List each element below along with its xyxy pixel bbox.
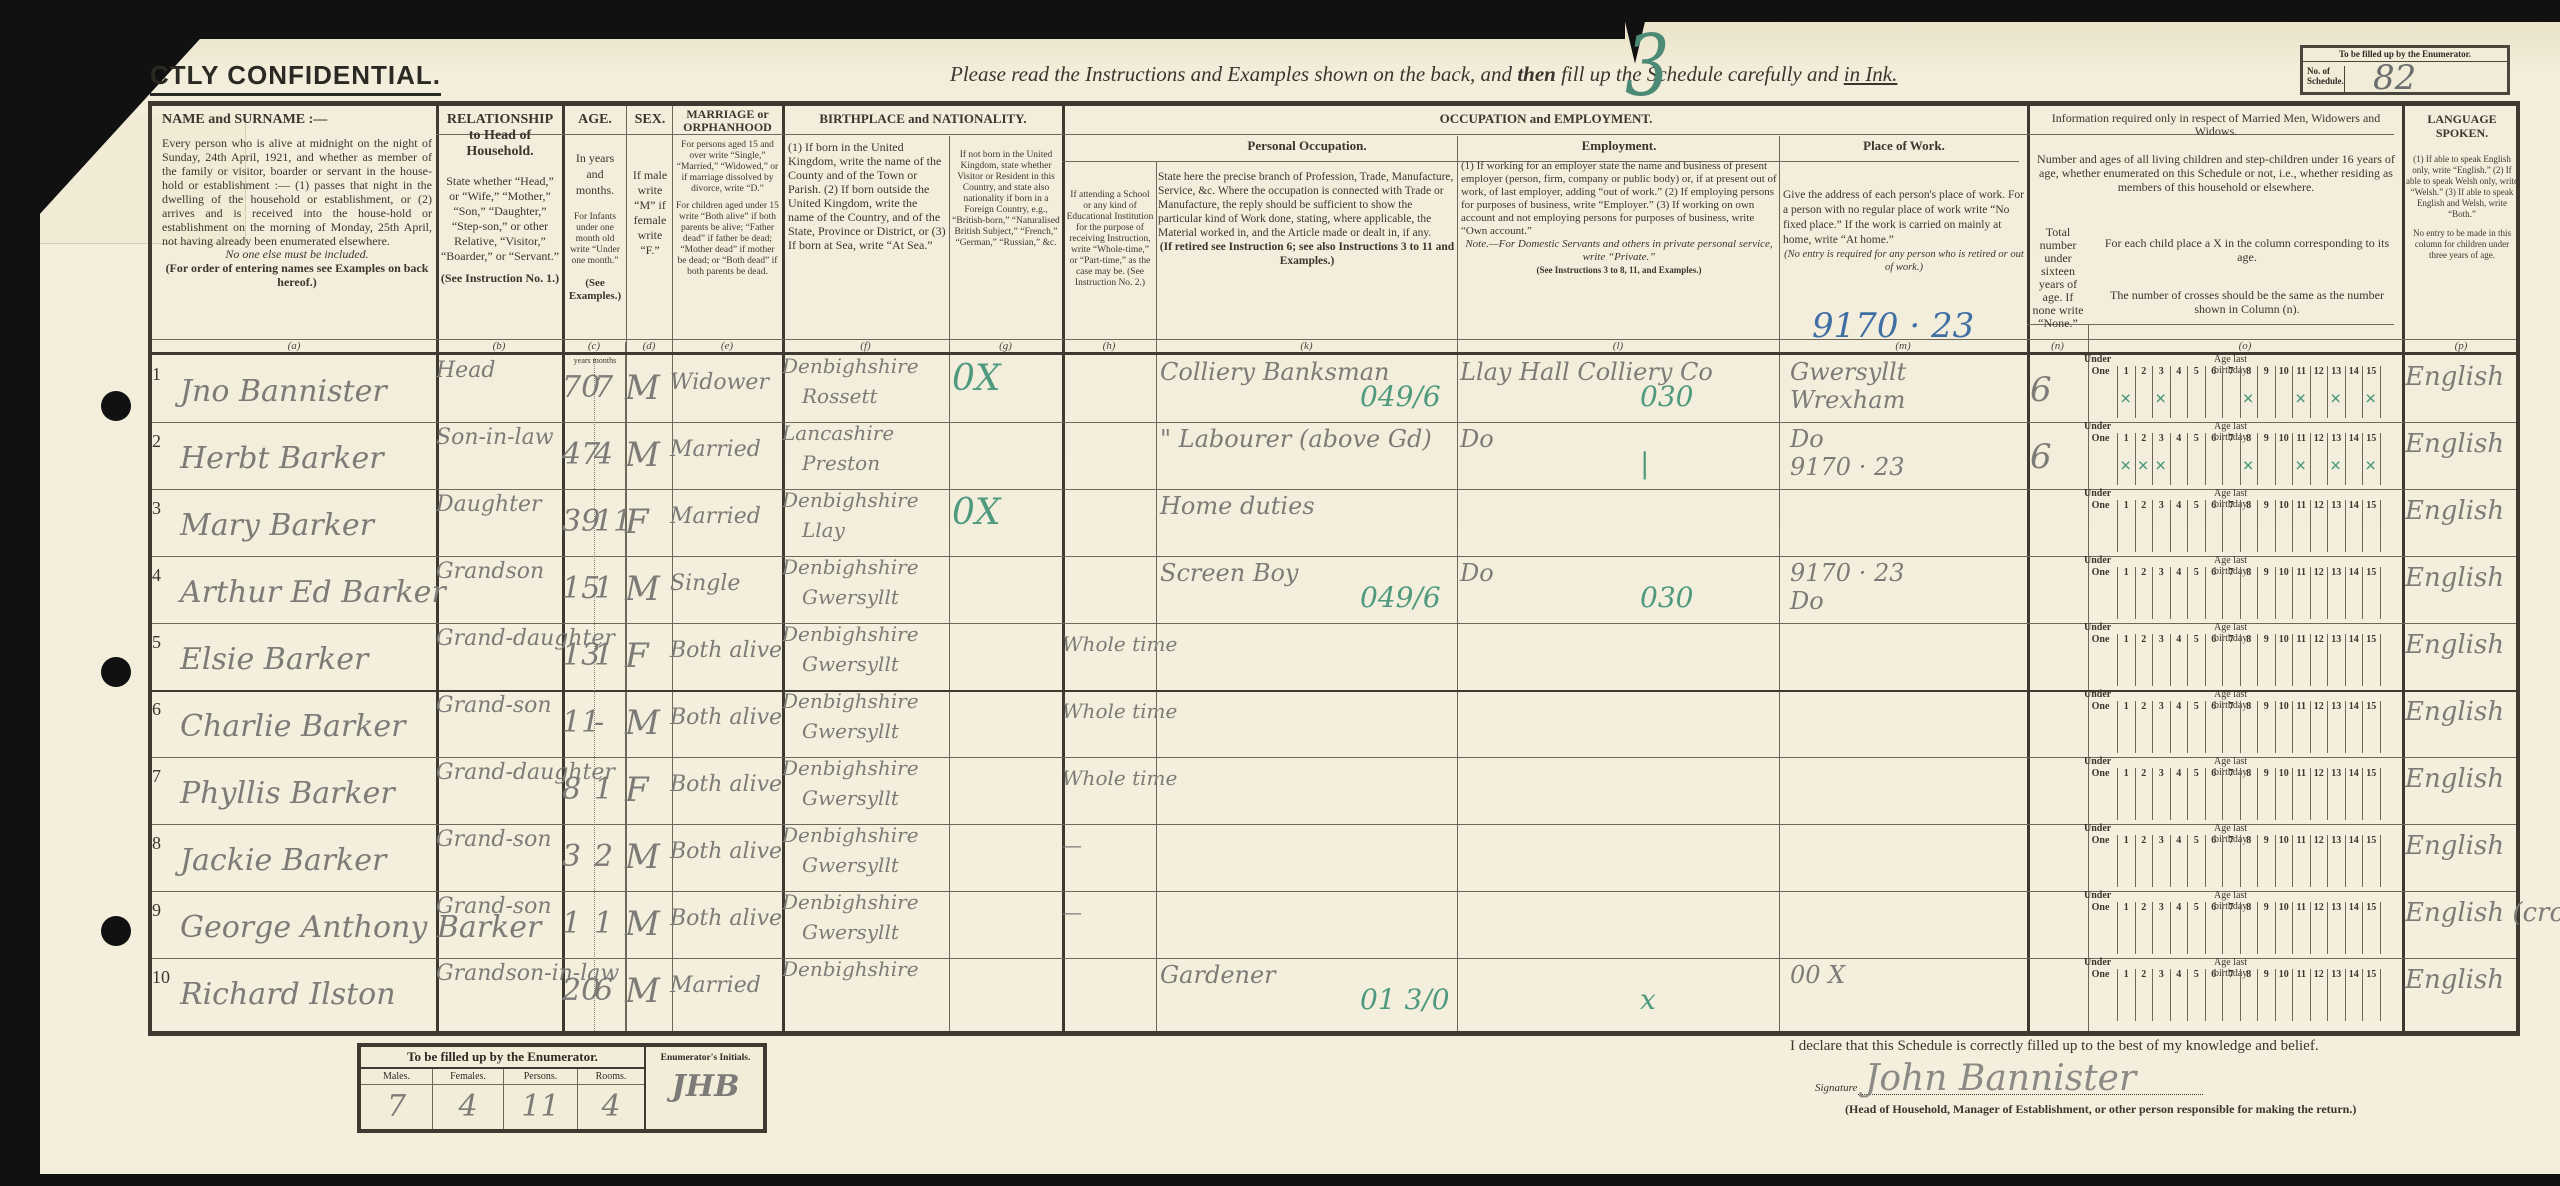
grid-age-cell: 7	[2223, 835, 2241, 887]
header-language-body: (1) If able to speak English only, write…	[2406, 154, 2518, 220]
summary-females-label: Females.	[433, 1069, 503, 1085]
age-months: 4	[594, 437, 613, 472]
grid-age-cell: 12	[2311, 701, 2329, 753]
grid-age-cell: 7	[2223, 902, 2241, 954]
grid-age-cell: 5	[2188, 433, 2206, 485]
employer-code: 030	[1640, 581, 1693, 614]
row-divider	[152, 690, 2516, 692]
header-employment-title: Employment.	[1461, 139, 1777, 152]
age-years: 8	[562, 772, 581, 807]
punch-hole-icon	[101, 391, 131, 421]
grid-age-cell: 4	[2171, 567, 2189, 619]
summary-persons: Persons.11	[504, 1069, 578, 1129]
grid-age-cell: 10	[2276, 500, 2294, 552]
grid-age-cell: 14	[2346, 500, 2364, 552]
birthplace-town: Gwersyllt	[802, 920, 899, 944]
grid-age-cell: 15×	[2363, 366, 2381, 418]
grid-age-cell: 10	[2276, 835, 2294, 887]
person-name: Charlie Barker	[180, 709, 406, 744]
header-age-ref: (See Examples.)	[566, 277, 624, 303]
marriage-status: Married	[670, 437, 761, 462]
grid-age-cell: 12	[2311, 969, 2329, 1021]
summary-persons-label: Persons.	[504, 1069, 577, 1085]
marriage-status: Both alive	[670, 638, 782, 663]
marriage-status: Both alive	[670, 705, 782, 730]
grid-age-cell: 10	[2276, 902, 2294, 954]
header-birthplace: (1) If born in the United Kingdom, write…	[788, 140, 946, 252]
header-occupation-ref: (If retired see Instruction 6; see also …	[1158, 240, 1456, 268]
birthplace-county: Denbighshire	[782, 555, 919, 579]
school-attendance: Whole time	[1062, 699, 1177, 723]
age-sub-years: years	[574, 356, 591, 365]
grid-age-cell: 4	[2171, 366, 2189, 418]
enumerator-initials-value: JHB	[648, 1069, 763, 1104]
occupation-code: 049/6	[1360, 380, 1441, 413]
grid-age-cell: 9	[2258, 634, 2276, 686]
personal-occupation: Screen Boy	[1160, 559, 1299, 587]
child-age-cross-icon: ×	[2295, 455, 2306, 478]
enumerator-summary-box: To be filled up by the Enumerator. Enume…	[357, 1043, 767, 1133]
child-age-cross-icon: ×	[2138, 455, 2149, 478]
language-spoken: English	[2405, 764, 2504, 794]
sex: F	[625, 770, 649, 810]
summary-males-label: Males.	[361, 1069, 432, 1085]
header-age-body: In years and months.	[566, 150, 624, 198]
header-birthplace-group: BIRTHPLACE and NATIONALITY.	[786, 112, 1060, 125]
header-occupation-title: Personal Occupation.	[1158, 139, 1456, 152]
grid-age-cell: 3×	[2153, 366, 2171, 418]
summary-males-value: 7	[361, 1085, 432, 1129]
grid-age-cell: 2	[2136, 902, 2154, 954]
grid-age-cell: 2	[2136, 500, 2154, 552]
grid-age-cell: 8×	[2241, 366, 2259, 418]
grid-age-cell: 3	[2153, 835, 2171, 887]
sex: M	[625, 569, 660, 609]
grid-age-cell: 1×	[2118, 366, 2136, 418]
birthplace-county: Lancashire	[782, 421, 894, 445]
grid-age-cell: 6	[2206, 835, 2224, 887]
age-years: 1	[562, 906, 581, 941]
grid-age-cell: 3	[2153, 768, 2171, 820]
summary-females-value: 4	[433, 1085, 503, 1129]
school-attendance: —	[1062, 900, 1082, 924]
grid-age-cell: 13	[2328, 969, 2346, 1021]
grid-age-cell: 15	[2363, 500, 2381, 552]
grid-age-cell: 13	[2328, 634, 2346, 686]
grid-age-cell: 3	[2153, 634, 2171, 686]
header-married-group: Information required only in respect of …	[2032, 112, 2400, 138]
col-letter-m: (m)	[1779, 340, 2027, 352]
header-name-body: Every person who is alive at midnight on…	[162, 136, 432, 248]
employer-code: x	[1640, 983, 1656, 1016]
grid-age-cell: 5	[2188, 701, 2206, 753]
grid-age-cell: 11×	[2293, 433, 2311, 485]
marriage-status: Both alive	[670, 839, 782, 864]
grid-age-cell: 8	[2241, 567, 2259, 619]
child-age-cross-icon: ×	[2243, 388, 2254, 411]
grid-age-cell: 8×	[2241, 433, 2259, 485]
header-marriage-body: For persons aged 15 and over write “Sing…	[675, 140, 780, 195]
col-letter-k: (k)	[1156, 340, 1457, 352]
marriage-status: Married	[670, 973, 761, 998]
grid-under-label: Under	[2084, 488, 2111, 499]
col-divider	[1457, 136, 1458, 1031]
summary-rooms-label: Rooms.	[578, 1069, 644, 1085]
age-months: 7	[594, 370, 613, 405]
relationship: Grand-son	[436, 827, 552, 852]
row-divider	[152, 757, 2516, 758]
place-of-work: 00 X	[1790, 961, 1845, 989]
header-place-title: Place of Work.	[1783, 139, 2025, 152]
place-of-work-line2: Wrexham	[1790, 386, 1905, 414]
grid-age-cell: 4	[2171, 500, 2189, 552]
grid-age-cell: 8	[2241, 634, 2259, 686]
grid-age-cell: 13×	[2328, 433, 2346, 485]
signature-label: Signature	[1815, 1082, 1857, 1094]
grid-age-cell: 14	[2346, 567, 2364, 619]
birthplace-county: Denbighshire	[782, 756, 919, 780]
birthplace-town: Preston	[802, 451, 880, 475]
grid-age-cell: 10	[2276, 366, 2294, 418]
personal-occupation: Colliery Banksman	[1160, 358, 1390, 386]
row-divider	[152, 958, 2516, 959]
grid-age-cell: 4	[2171, 902, 2189, 954]
school-attendance: Whole time	[1062, 632, 1177, 656]
col-divider	[672, 106, 673, 1031]
grid-age-cell: 15×	[2363, 433, 2381, 485]
grid-age-cell: 6	[2206, 634, 2224, 686]
birthplace-county: Denbighshire	[782, 488, 919, 512]
sex: M	[625, 904, 660, 944]
marriage-status: Single	[670, 571, 740, 596]
grid-under-label: Under	[2084, 354, 2111, 365]
grid-age-cell: 6	[2206, 768, 2224, 820]
grid-under-one: One	[2084, 567, 2118, 619]
instructions-then: then	[1517, 62, 1556, 86]
grid-under-label: Under	[2084, 890, 2111, 901]
language-spoken: English	[2405, 496, 2504, 526]
row-divider	[152, 623, 2516, 624]
children-total: 6	[2030, 437, 2052, 477]
header-language-title: LANGUAGE SPOKEN.	[2406, 112, 2518, 140]
grid-age-cell: 12	[2311, 500, 2329, 552]
header-age: AGE. In years and months. For Infants un…	[566, 112, 624, 303]
grid-age-cell: 2	[2136, 768, 2154, 820]
grid-under-one: One	[2084, 902, 2118, 954]
header-nationality: If not born in the United Kingdom, state…	[952, 150, 1060, 249]
grid-under-one: One	[2084, 701, 2118, 753]
child-age-cross-icon: ×	[2155, 388, 2166, 411]
sex: M	[625, 971, 660, 1011]
row-number: 9	[152, 900, 161, 921]
header-marriage-children: For children aged under 15 write “Both a…	[675, 201, 780, 278]
grid-age-cell: 1	[2118, 701, 2136, 753]
grid-age-cell: 9	[2258, 567, 2276, 619]
grid-age-cell: 3×	[2153, 433, 2171, 485]
grid-age-cell: 15	[2363, 835, 2381, 887]
header-name-note: No one else must be included.	[162, 248, 432, 261]
age-months: 1	[594, 772, 613, 807]
grid-age-cell: 11	[2293, 835, 2311, 887]
col-letter-e: (e)	[672, 340, 782, 352]
header-employment-note: Note.—For Domestic Servants and others i…	[1461, 238, 1777, 264]
person-name: Phyllis Barker	[180, 776, 395, 811]
grid-age-cell: 13	[2328, 500, 2346, 552]
grid-age-cell: 9	[2258, 500, 2276, 552]
language-spoken: English	[2405, 429, 2504, 459]
sex: M	[625, 435, 660, 475]
summary-rooms-value: 4	[578, 1085, 644, 1129]
grid-age-cell: 9	[2258, 902, 2276, 954]
confidential-title: CTLY CONFIDENTIAL.	[150, 60, 441, 96]
age-months: 1	[594, 571, 613, 606]
birthplace-county: Denbighshire	[782, 622, 919, 646]
col-letter-f: (f)	[782, 340, 949, 352]
language-spoken: English (crossed)	[2405, 898, 2560, 928]
language-spoken: English	[2405, 362, 2504, 392]
col-divider	[562, 106, 565, 1031]
grid-age-cell: 11	[2293, 768, 2311, 820]
header-sex-title: SEX.	[629, 112, 671, 128]
col-letter-o: (o)	[2088, 340, 2402, 352]
grid-age-cell: 12	[2311, 366, 2329, 418]
personal-occupation: Home duties	[1160, 492, 1315, 520]
grid-age-cell: 9	[2258, 433, 2276, 485]
sex: F	[625, 502, 649, 542]
grid-age-cell: 7	[2223, 969, 2241, 1021]
person-name: Herbt Barker	[180, 441, 384, 476]
header-relationship: RELATIONSHIP to Head of Household. State…	[440, 112, 560, 285]
age-months: 6	[594, 973, 613, 1008]
instructions-text: Please read the Instructions and Example…	[950, 62, 1517, 86]
birthplace-town: Rossett	[802, 384, 878, 408]
birthplace-town: Gwersyllt	[802, 585, 899, 609]
header-language-note: No entry to be made in this column for c…	[2406, 228, 2518, 261]
birthplace-county: Denbighshire	[782, 890, 919, 914]
header-place-note: (No entry is required for any person who…	[1783, 248, 2025, 274]
grid-age-cell: 8	[2241, 835, 2259, 887]
grid-age-cell: 1	[2118, 969, 2136, 1021]
person-name: Arthur Ed Barker	[180, 575, 446, 610]
grid-age-cell: 2	[2136, 366, 2154, 418]
child-age-cross-icon: ×	[2330, 388, 2341, 411]
grid-age-cell: 9	[2258, 835, 2276, 887]
grid-age-cell: 6	[2206, 701, 2224, 753]
row-divider	[152, 891, 2516, 892]
marriage-status: Both alive	[670, 772, 782, 797]
birthplace-town: Gwersyllt	[802, 652, 899, 676]
personal-occupation: Gardener	[1160, 961, 1276, 989]
language-spoken: English	[2405, 831, 2504, 861]
birthplace-county: Denbighshire	[782, 823, 919, 847]
language-spoken: English	[2405, 630, 2504, 660]
grid-age-cell: 12	[2311, 768, 2329, 820]
header-occupation-body: State here the precise branch of Profess…	[1158, 170, 1456, 240]
grid-age-cell: 4	[2171, 634, 2189, 686]
grid-age-cell: 2×	[2136, 433, 2154, 485]
grid-age-cell: 11×	[2293, 366, 2311, 418]
employer-code: 030	[1640, 380, 1693, 413]
grid-age-cell: 10	[2276, 634, 2294, 686]
language-spoken: English	[2405, 563, 2504, 593]
row-number: 8	[152, 833, 161, 854]
age-years: 3	[562, 839, 581, 874]
person-name: Jno Bannister	[180, 374, 387, 409]
nationality-mark: 0X	[952, 492, 1001, 533]
col-letter-l: (l)	[1457, 340, 1779, 352]
employer: Do	[1460, 559, 1494, 587]
grid-age-cell: 4	[2171, 768, 2189, 820]
grid-age-cell: 9	[2258, 969, 2276, 1021]
person-name: Jackie Barker	[180, 843, 386, 878]
grid-age-cell: 6	[2206, 433, 2224, 485]
header-children-ages-body1: For each child place a X in the column c…	[2097, 236, 2397, 264]
grid-age-cell: 12	[2311, 634, 2329, 686]
grid-age-cell: 10	[2276, 768, 2294, 820]
person-name: Richard Ilston	[180, 977, 396, 1012]
grid-age-cell: 4	[2171, 969, 2189, 1021]
header-school: If attending a School or any kind of Edu…	[1066, 190, 1154, 289]
row-number: 5	[152, 632, 161, 653]
language-spoken: English	[2405, 697, 2504, 727]
header-place-of-work: Place of Work. Give the address of each …	[1783, 139, 2025, 274]
header-sex-body: If male write “M” if female write “F.”	[629, 168, 671, 258]
birthplace-town: Gwersyllt	[802, 853, 899, 877]
header-name-title: NAME and SURNAME :—	[162, 112, 432, 128]
grid-age-cell: 7	[2223, 366, 2241, 418]
col-divider	[1062, 106, 1065, 1031]
child-age-cross-icon: ×	[2330, 455, 2341, 478]
employer-code: |	[1640, 447, 1649, 480]
marriage-status: Widower	[670, 370, 769, 395]
grid-age-cell: 2	[2136, 634, 2154, 686]
grid-age-cell: 5	[2188, 835, 2206, 887]
grid-age-cell: 6	[2206, 366, 2224, 418]
grid-age-cell: 13	[2328, 835, 2346, 887]
col-letter-c: (c)	[562, 340, 626, 352]
grid-age-cell: 14	[2346, 969, 2364, 1021]
grid-age-cell: 9	[2258, 366, 2276, 418]
grid-under-one: One	[2084, 500, 2118, 552]
schedule-number-box: To be filled up by the Enumerator. No. o…	[2300, 45, 2510, 95]
grid-age-cell: 10	[2276, 969, 2294, 1021]
grid-age-cell: 5	[2188, 500, 2206, 552]
grid-age-cell: 13	[2328, 768, 2346, 820]
grid-age-cell: 12	[2311, 567, 2329, 619]
grid-age-cell: 14	[2346, 366, 2364, 418]
grid-age-cell: 15	[2363, 768, 2381, 820]
person-name: Mary Barker	[180, 508, 374, 543]
header-children-ages-body2: The number of crosses should be the same…	[2097, 288, 2397, 316]
grid-age-cell: 14	[2346, 433, 2364, 485]
birthplace-county: Denbighshire	[782, 354, 919, 378]
grid-age-cell: 8	[2241, 768, 2259, 820]
header-place-body: Give the address of each person's place …	[1783, 188, 2025, 248]
nationality-mark: 0X	[952, 358, 1001, 399]
enumerator-initials-label: Enumerator's Initials.	[648, 1053, 763, 1063]
header-marriage-title: MARRIAGE or ORPHANHOOD	[675, 108, 780, 134]
place-of-work-line2: Do	[1790, 587, 1824, 615]
grid-under-label: Under	[2084, 555, 2111, 566]
grid-age-cell: 15	[2363, 634, 2381, 686]
grid-age-cell: 3	[2153, 500, 2171, 552]
grid-age-cell: 3	[2153, 567, 2171, 619]
grid-age-cell: 7	[2223, 500, 2241, 552]
grid-age-cell: 13	[2328, 701, 2346, 753]
grid-age-cell: 15	[2363, 969, 2381, 1021]
birthplace-town: Gwersyllt	[802, 786, 899, 810]
header-children-total: Total number under sixteen years of age.…	[2030, 226, 2086, 330]
header-children-ages: For each child place a X in the column c…	[2097, 236, 2397, 316]
place-of-work: 9170 · 23	[1790, 559, 1905, 587]
grid-age-cell: 6	[2206, 902, 2224, 954]
grid-age-cell: 2	[2136, 835, 2154, 887]
header-married-sub: Number and ages of all living children a…	[2032, 152, 2400, 194]
header-age-infants: For Infants under one month old write “U…	[566, 212, 624, 267]
punch-hole-icon	[101, 657, 131, 687]
grid-age-cell: 12	[2311, 433, 2329, 485]
grid-age-cell: 4	[2171, 701, 2189, 753]
header-language: LANGUAGE SPOKEN. (1) If able to speak En…	[2406, 112, 2518, 261]
grid-age-cell: 1	[2118, 768, 2136, 820]
row-divider	[152, 824, 2516, 825]
school-attendance: Whole time	[1062, 766, 1177, 790]
grid-age-cell: 5	[2188, 969, 2206, 1021]
grid-age-cell: 11	[2293, 969, 2311, 1021]
grid-age-cell: 10	[2276, 433, 2294, 485]
row-divider	[152, 556, 2516, 557]
summary-males: Males.7	[361, 1069, 433, 1129]
header-employment-body: (1) If working for an employer state the…	[1461, 160, 1777, 238]
summary-rooms: Rooms.4	[578, 1069, 646, 1129]
grid-age-cell: 4	[2171, 433, 2189, 485]
col-divider	[1779, 136, 1780, 1031]
row-divider	[152, 489, 2516, 490]
grid-age-cell: 5	[2188, 366, 2206, 418]
summary-females: Females.4	[433, 1069, 504, 1129]
birthplace-county: Denbighshire	[782, 689, 919, 713]
occupation-code: 01 3/0	[1360, 983, 1450, 1016]
header-personal-occupation: Personal Occupation. State here the prec…	[1158, 139, 1456, 268]
col-letter-p: (p)	[2402, 340, 2520, 352]
row-number: 3	[152, 498, 161, 519]
header-occupation-group: OCCUPATION and EMPLOYMENT.	[1066, 112, 2026, 125]
punch-hole-icon	[101, 916, 131, 946]
row-number: 2	[152, 431, 161, 452]
grid-age-cell: 9	[2258, 701, 2276, 753]
grid-age-cell: 6	[2206, 567, 2224, 619]
header-bottom-rule	[152, 352, 2516, 355]
grid-age-cell: 11	[2293, 500, 2311, 552]
grid-under-one: One	[2084, 969, 2118, 1021]
schedule-box-label: No. of Schedule.	[2307, 66, 2345, 92]
grid-age-cell: 4	[2171, 835, 2189, 887]
grid-age-cell: 3	[2153, 701, 2171, 753]
grid-age-cell: 7	[2223, 433, 2241, 485]
grid-age-cell: 10	[2276, 567, 2294, 619]
grid-age-cell: 14	[2346, 902, 2364, 954]
relationship: Grand-daughter	[436, 760, 615, 785]
sex: F	[625, 636, 649, 676]
grid-age-cell: 7	[2223, 567, 2241, 619]
row-number: 7	[152, 766, 161, 787]
grid-age-cell: 8	[2241, 902, 2259, 954]
grid-age-cell: 1	[2118, 567, 2136, 619]
col-letter-h: (h)	[1062, 340, 1156, 352]
grid-age-cell: 14	[2346, 768, 2364, 820]
place-of-work-line2: 9170 · 23	[1790, 453, 1905, 481]
grid-age-cell: 13	[2328, 902, 2346, 954]
